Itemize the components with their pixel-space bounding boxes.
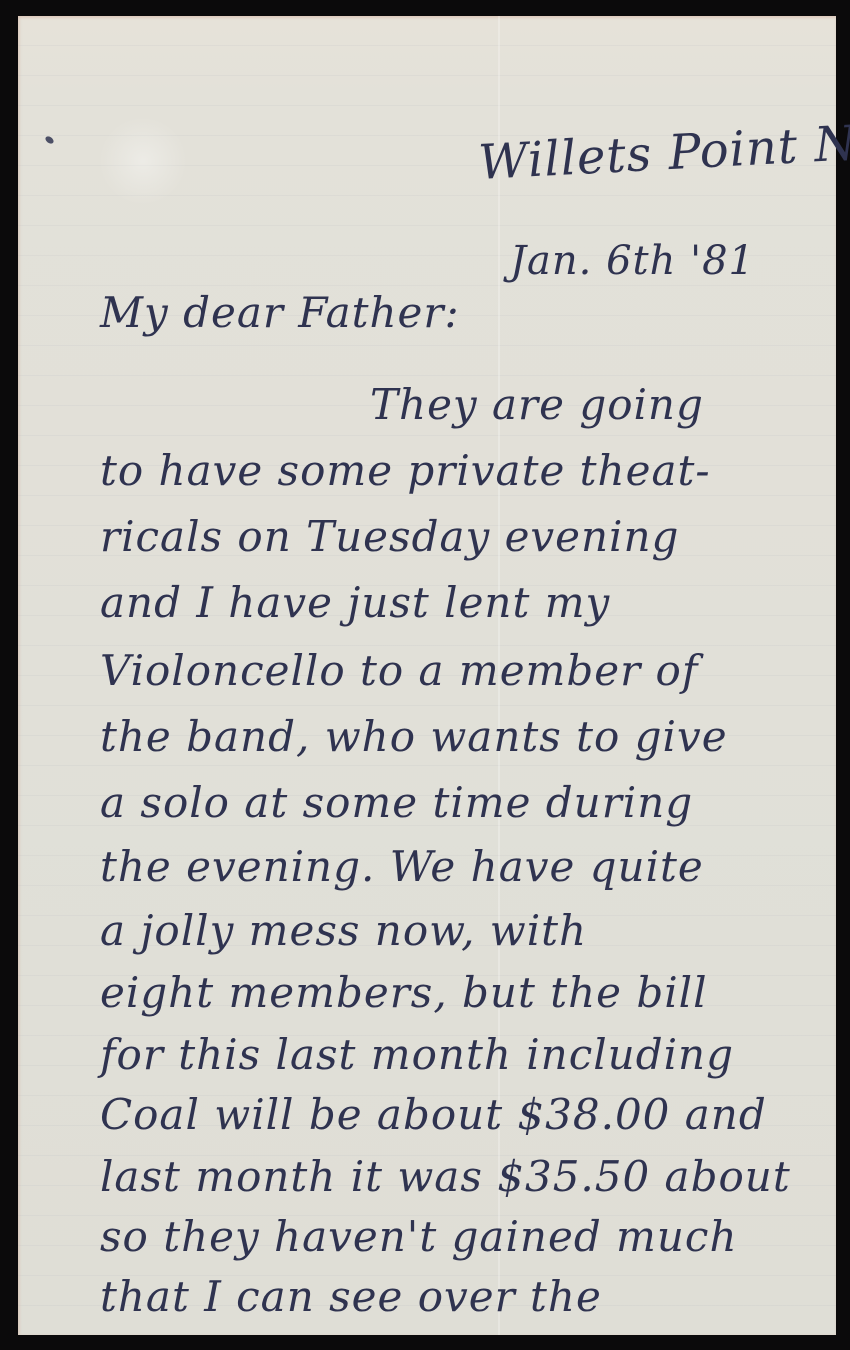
letter-date: Jan. 6th '81 xyxy=(510,238,755,284)
salutation: My dear Father: xyxy=(100,288,460,337)
letter-line: that I can see over the xyxy=(100,1272,602,1321)
letter-line: the band, who wants to give xyxy=(100,712,728,761)
letter-line: Coal will be about $38.00 and xyxy=(100,1090,767,1139)
embossed-seal xyxy=(98,116,188,206)
letter-line: for this last month including xyxy=(100,1030,734,1079)
letter-line: eight members, but the bill xyxy=(100,968,708,1017)
letter-line: They are going xyxy=(370,380,704,429)
letter-line: so they haven't gained much xyxy=(100,1212,738,1261)
letter-line: a jolly mess now, with xyxy=(100,906,587,955)
letter-line: and I have just lent my xyxy=(100,578,610,627)
letter-line: ricals on Tuesday evening xyxy=(100,512,679,561)
letter-line: Violoncello to a member of xyxy=(100,646,698,695)
letter-line: to have some private theat- xyxy=(100,446,711,495)
letter-line: last month it was $35.50 about xyxy=(100,1152,791,1201)
letter-line: a solo at some time during xyxy=(100,778,693,827)
letter-line: the evening. We have quite xyxy=(100,842,704,891)
